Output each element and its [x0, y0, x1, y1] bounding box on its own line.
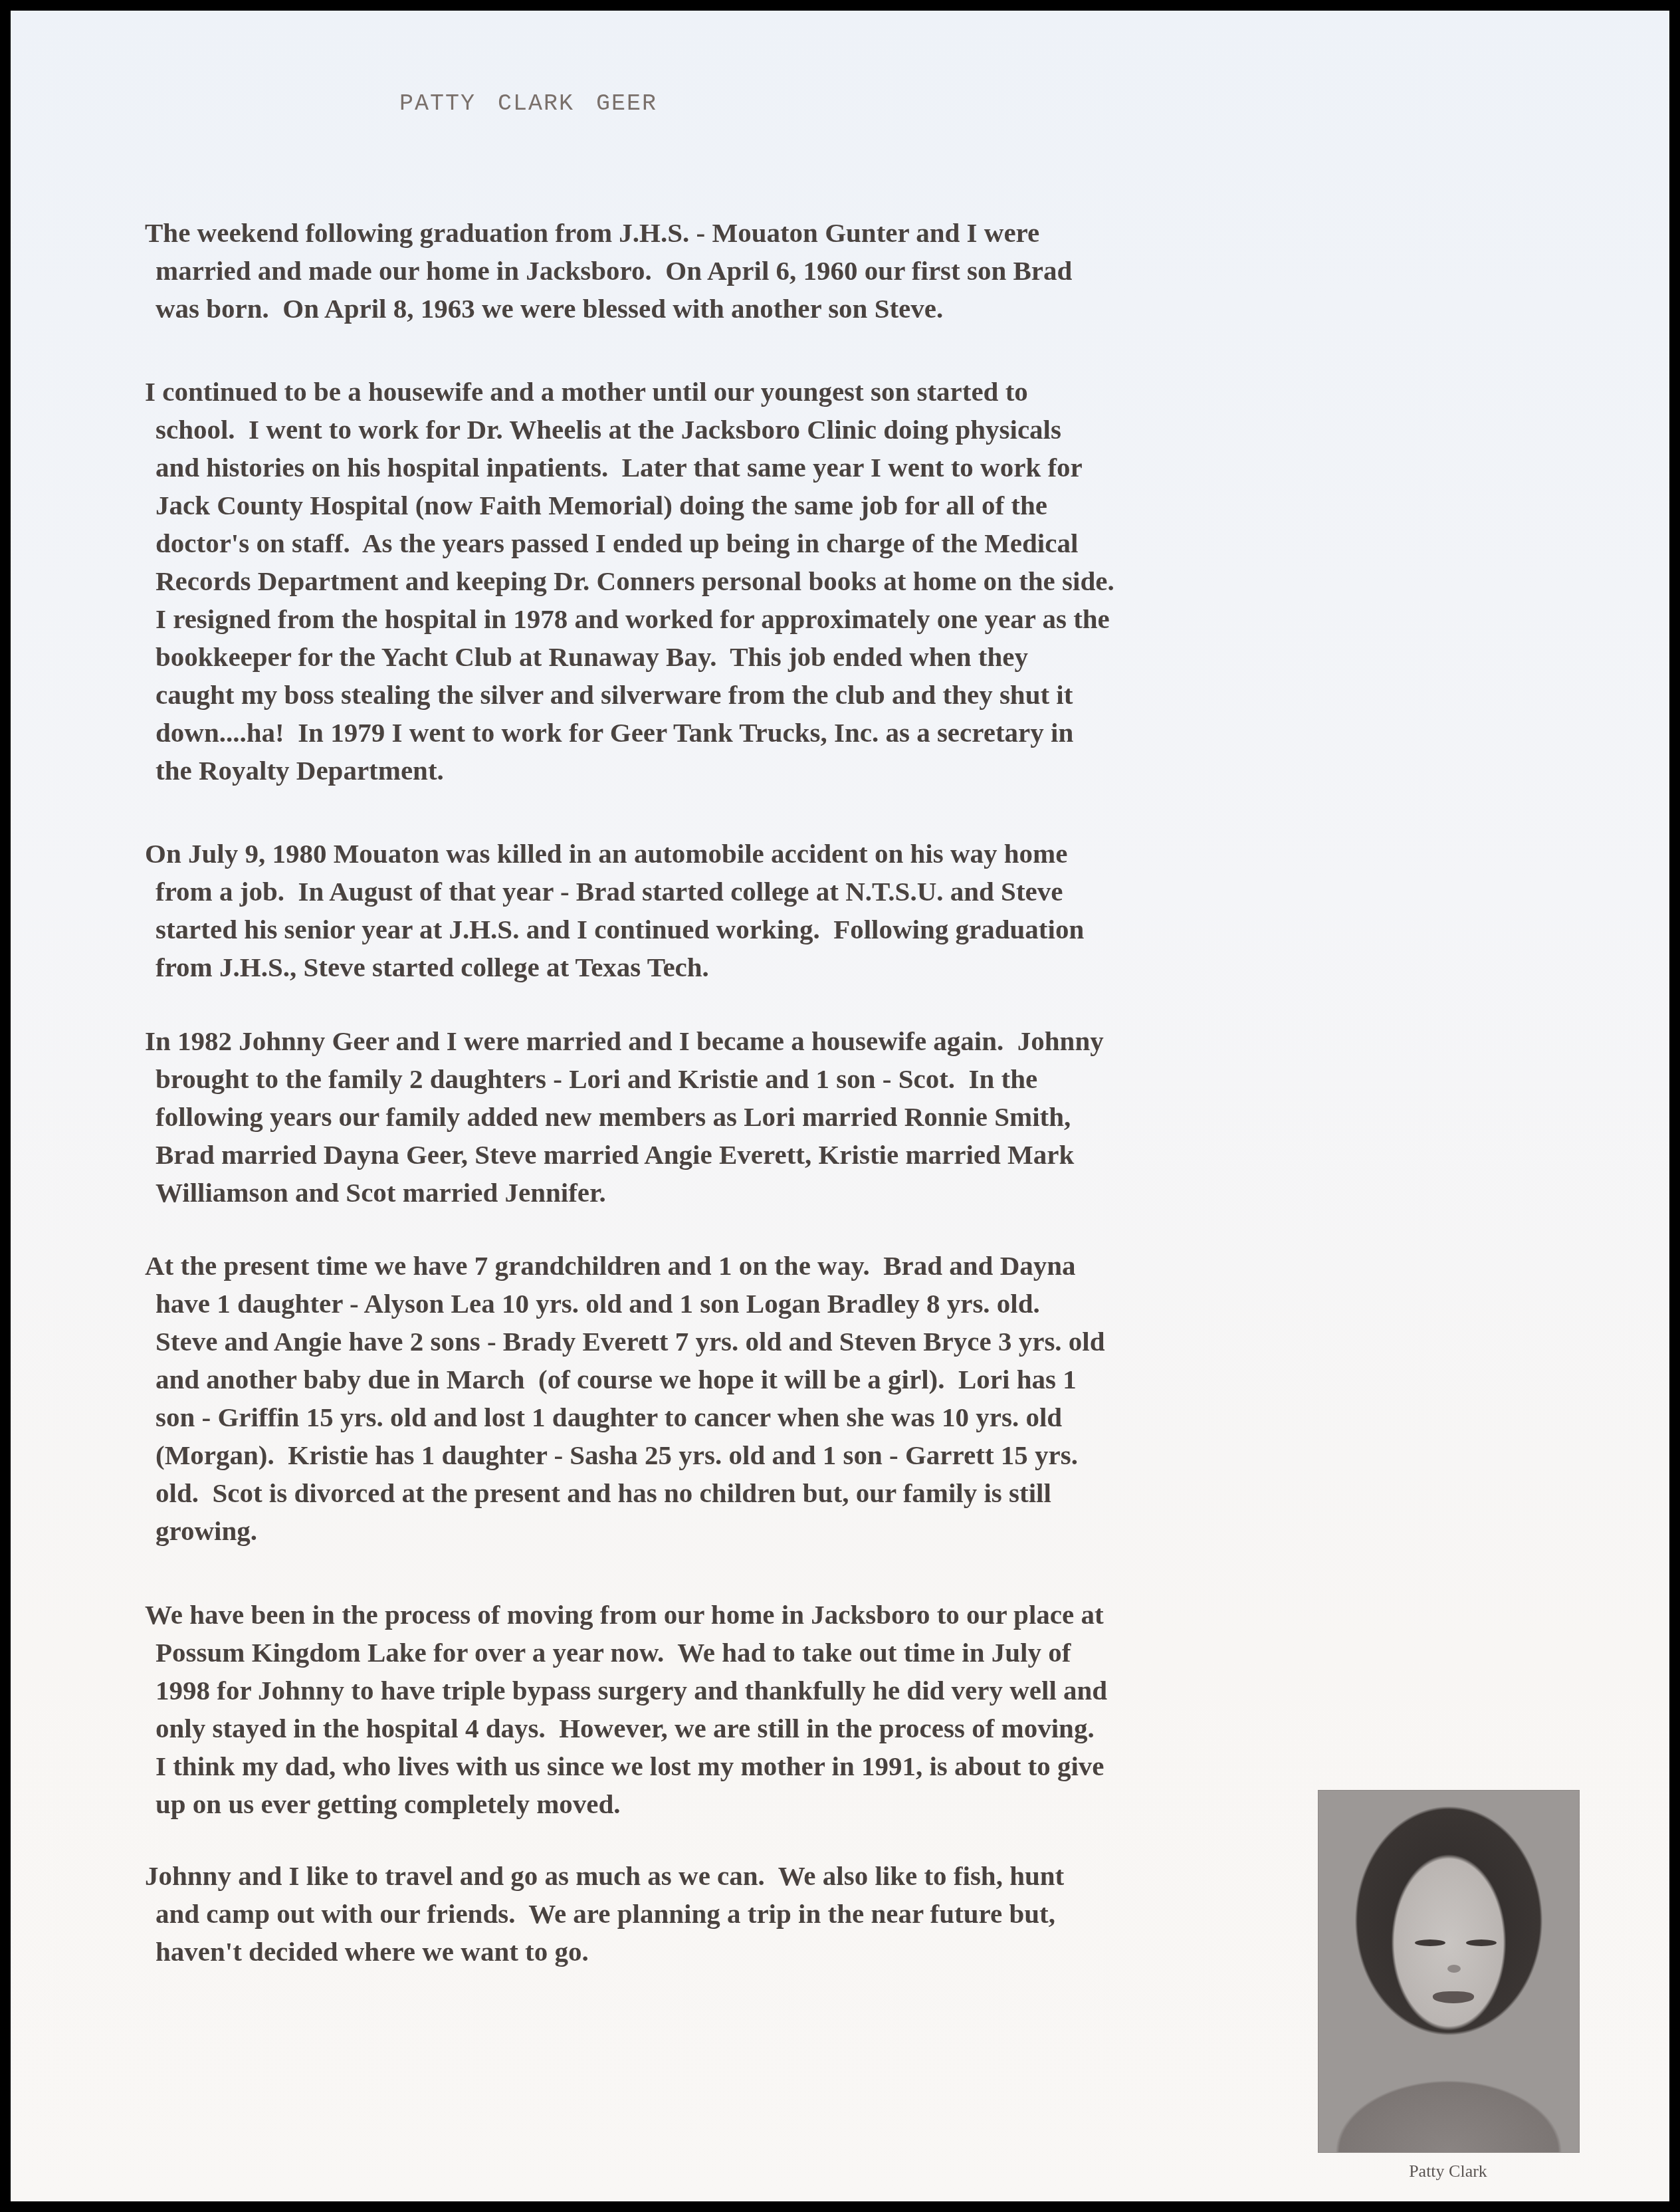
- text-line: from J.H.S., Steve started college at Te…: [145, 948, 1408, 986]
- text-line: The weekend following graduation from J.…: [145, 214, 1408, 252]
- text-line: doctor's on staff. As the years passed I…: [145, 524, 1408, 562]
- text-line: down....ha! In 1979 I went to work for G…: [145, 714, 1408, 752]
- text-line: and histories on his hospital inpatients…: [145, 449, 1408, 487]
- document-page: PATTY CLARK GEER The weekend following g…: [11, 11, 1669, 2201]
- text-line: On July 9, 1980 Mouaton was killed in an…: [145, 835, 1408, 873]
- text-line: and camp out with our friends. We are pl…: [145, 1895, 1408, 1933]
- text-line: At the present time we have 7 grandchild…: [145, 1247, 1408, 1285]
- text-line: I continued to be a housewife and a moth…: [145, 373, 1408, 411]
- text-line: and another baby due in March (of course…: [145, 1361, 1408, 1398]
- photo-caption: Patty Clark: [1318, 2161, 1578, 2181]
- text-line: Records Department and keeping Dr. Conne…: [145, 562, 1408, 600]
- text-line: have 1 daughter - Alyson Lea 10 yrs. old…: [145, 1285, 1408, 1323]
- photo-mouth: [1433, 1991, 1474, 2003]
- text-line: Williamson and Scot married Jennifer.: [145, 1174, 1408, 1212]
- paragraph-grandchildren: At the present time we have 7 grandchild…: [145, 1247, 1408, 1550]
- text-line: We have been in the process of moving fr…: [145, 1596, 1408, 1634]
- portrait-photo: [1318, 1790, 1580, 2153]
- text-line: Possum Kingdom Lake for over a year now.…: [145, 1634, 1408, 1672]
- text-line: the Royalty Department.: [145, 752, 1408, 790]
- text-line: was born. On April 8, 1963 we were bless…: [145, 290, 1408, 328]
- photo-eye-right: [1466, 1939, 1497, 1946]
- text-line: from a job. In August of that year - Bra…: [145, 873, 1408, 911]
- text-line: Steve and Angie have 2 sons - Brady Ever…: [145, 1323, 1408, 1361]
- paragraph-graduation-marriage: The weekend following graduation from J.…: [145, 214, 1408, 328]
- text-line: In 1982 Johnny Geer and I were married a…: [145, 1022, 1408, 1060]
- text-line: 1998 for Johnny to have triple bypass su…: [145, 1672, 1408, 1710]
- text-line: son - Griffin 15 yrs. old and lost 1 dau…: [145, 1398, 1408, 1436]
- text-line: bookkeeper for the Yacht Club at Runaway…: [145, 638, 1408, 676]
- text-line: Jack County Hospital (now Faith Memorial…: [145, 487, 1408, 524]
- paragraph-moving: We have been in the process of moving fr…: [145, 1596, 1408, 1823]
- photo-nose: [1447, 1965, 1461, 1973]
- paragraph-career: I continued to be a housewife and a moth…: [145, 373, 1408, 790]
- text-line: old. Scot is divorced at the present and…: [145, 1474, 1408, 1512]
- text-line: (Morgan). Kristie has 1 daughter - Sasha…: [145, 1436, 1408, 1474]
- paragraph-loss: On July 9, 1980 Mouaton was killed in an…: [145, 835, 1408, 986]
- text-line: Brad married Dayna Geer, Steve married A…: [145, 1136, 1408, 1174]
- text-line: haven't decided where we want to go.: [145, 1933, 1408, 1971]
- text-line: growing.: [145, 1512, 1408, 1550]
- text-line: started his senior year at J.H.S. and I …: [145, 911, 1408, 948]
- photo-eye-left: [1415, 1939, 1445, 1946]
- text-line: I think my dad, who lives with us since …: [145, 1747, 1408, 1785]
- paragraph-remarriage: In 1982 Johnny Geer and I were married a…: [145, 1022, 1408, 1212]
- text-line: married and made our home in Jacksboro. …: [145, 252, 1408, 290]
- text-line: following years our family added new mem…: [145, 1098, 1408, 1136]
- text-line: brought to the family 2 daughters - Lori…: [145, 1060, 1408, 1098]
- text-line: I resigned from the hospital in 1978 and…: [145, 600, 1408, 638]
- text-line: school. I went to work for Dr. Wheelis a…: [145, 411, 1408, 449]
- text-line: caught my boss stealing the silver and s…: [145, 676, 1408, 714]
- text-line: up on us ever getting completely moved.: [145, 1785, 1408, 1823]
- paragraph-hobbies: Johnny and I like to travel and go as mu…: [145, 1857, 1408, 1971]
- text-line: only stayed in the hospital 4 days. Howe…: [145, 1710, 1408, 1747]
- text-line: Johnny and I like to travel and go as mu…: [145, 1857, 1408, 1895]
- page-header-name: PATTY CLARK GEER: [399, 90, 657, 117]
